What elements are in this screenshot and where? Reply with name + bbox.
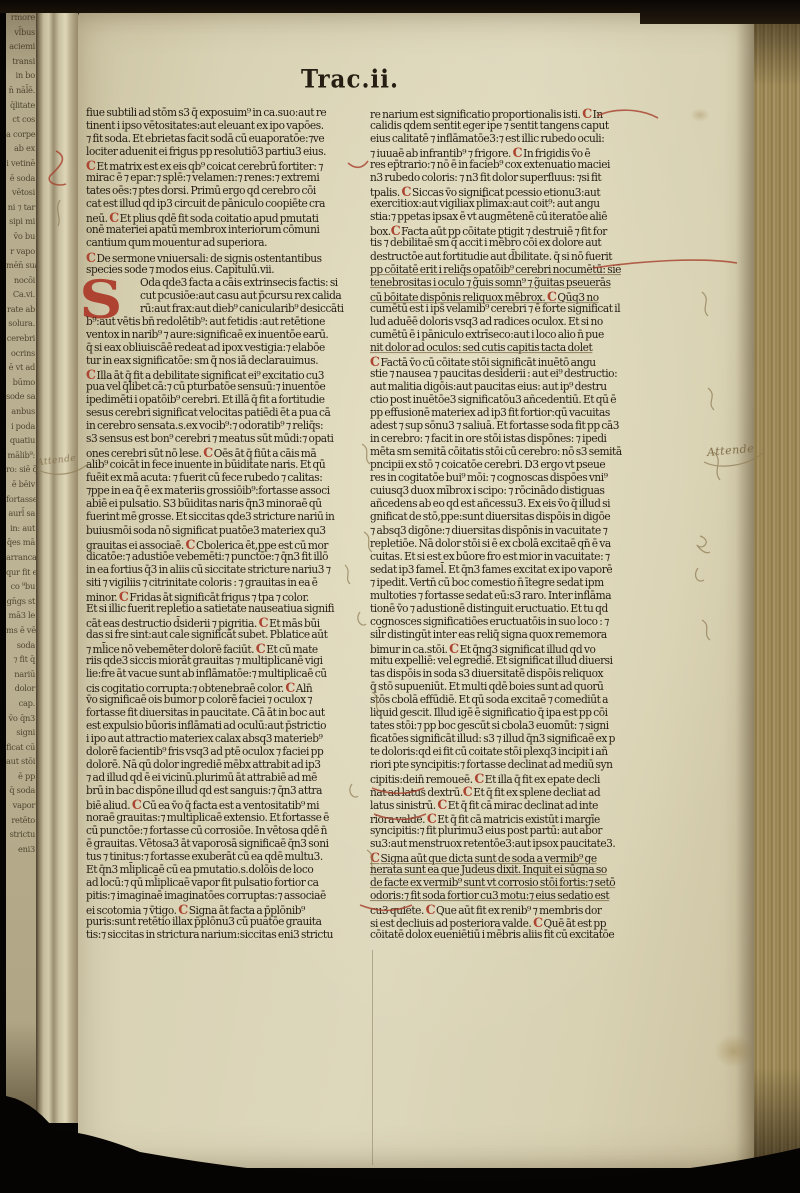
- facing-page-text-fragment: signi: [6, 725, 36, 740]
- facing-page-text-fragment: v̄o bu: [6, 229, 36, 244]
- facing-page-text-fragment: anbus: [6, 404, 36, 419]
- text-line: ei scotomia ⁊ v̄tigo. CSigna āt facta a …: [86, 903, 368, 916]
- facing-page-text-fragment: nocōi: [6, 273, 36, 288]
- text-line: destructōe aut fortitudie aut d̄bilitate…: [370, 250, 692, 263]
- text-line: neū. CEt plius qdē fit soda coitatio apu…: [86, 211, 368, 224]
- gutter-page-edges: [36, 8, 78, 1123]
- text-line: pua vel q̄libet cā:⁊ cū pturbatōe sensuū…: [86, 381, 368, 394]
- facing-page-text-fragment: q̄litate: [6, 98, 36, 113]
- facing-page-text-fragment: transi: [6, 54, 36, 69]
- text-line: mēta sm semitā cōitatis stōi cū cerebro:…: [370, 446, 692, 459]
- facing-page-text-fragment: nariū: [6, 667, 36, 682]
- facing-page-text-fragment: sipi mi: [6, 214, 36, 229]
- paraph-mark: C: [259, 615, 269, 630]
- text-line: cut pcusiōe:aut casu aut p̄cursu rex cal…: [86, 290, 368, 303]
- text-line: q̄ stō supueniūt. Et multi qdē boies sun…: [370, 681, 692, 694]
- paraph-mark: C: [119, 589, 129, 604]
- text-line: grauitas ei associaē. CCbolerica ēt,ppe …: [86, 537, 368, 550]
- facing-page-text-fragment: vl̄bus: [6, 25, 36, 40]
- paraph-mark: C: [427, 810, 437, 825]
- text-line: cis cogitatio corrupta:⁊ obtenebraē colo…: [86, 681, 368, 694]
- text-line: alib⁹ coicāt in fece inuente in būiditat…: [86, 459, 368, 472]
- text-line: adest ⁊ sup sōnu3 ⁊ saliuā. Et fortasse …: [370, 420, 692, 433]
- text-line: pncipii ex stō ⁊ coicatōe cerebri. D3 er…: [370, 459, 692, 472]
- running-title: Trac.ii.: [301, 65, 399, 94]
- text-line: bimur in ca.stōi. CEt q̄nq3 significat i…: [370, 642, 692, 655]
- text-line: fortasse fit diuersitas in paucitate. Cā…: [86, 707, 368, 720]
- facing-page-text-fragment: qur fit ei: [6, 565, 36, 580]
- text-line: gnificat de stō,ppe:sunt diuersitas disp…: [370, 511, 692, 524]
- top-right-shadow: [640, 0, 800, 24]
- text-line: minor. CFridas āt significāt frigus ⁊ tp…: [86, 590, 368, 603]
- facing-page-text-fragment: n̄ nāl̄ē.: [6, 83, 36, 98]
- text-line: fuerint mē grosse. Et siccitas qde3 stri…: [86, 511, 368, 524]
- facing-page-text-fragment: ab ex: [6, 141, 36, 156]
- facing-page-text-fragment: būmo: [6, 375, 36, 390]
- paraph-mark: C: [370, 850, 380, 865]
- facing-page-text-fragment: ni ⁊ tar: [6, 200, 36, 215]
- facing-page-text-fragment: arranca: [6, 550, 36, 565]
- facing-page-text-fragment: co ⁹bu: [6, 579, 36, 594]
- text-line: ⁊ ml̄ice nō vebemēter dolorē faciūt. CEt…: [86, 642, 368, 655]
- text-line: ē grauitas. Vētosa3 āt vaporosā signific…: [86, 837, 368, 850]
- text-line: cū punctōe:⁊ fortasse cū corrosiōe. In v…: [86, 824, 368, 837]
- paraph-mark: C: [178, 902, 188, 917]
- facing-page-text-fragment: ⁊ fit q̄: [6, 652, 36, 667]
- text-line: ⁊ iuuaē ab infrantib⁹ ⁊ frigore. CIn fri…: [370, 146, 692, 159]
- text-line: noraē grauitas:⁊ multiplicaē extensio. E…: [86, 811, 368, 824]
- text-line: CDe sermone vniuersali: de signis ostent…: [86, 250, 368, 263]
- text-line: ⁊ ad illud qd ē ei vicinū.plurimū āt att…: [86, 772, 368, 785]
- facing-page-text-fragment: mēn̄ sua: [6, 258, 36, 273]
- facing-page-text-fragment: mālib⁹:: [6, 448, 36, 463]
- text-line: tionē v̄o ⁊ adustionē distinguit eructua…: [370, 603, 692, 616]
- text-line: n3 rubedo coloris: ⁊ n3 fit dolor superf…: [370, 172, 692, 185]
- facing-page-text-fragment: aciemi: [6, 39, 36, 54]
- text-line: repletiōe. Nā dolor stōi si ē ex cbolā e…: [370, 537, 692, 550]
- text-line: dolorē facientib⁹ fris vsq3 ad ptē oculo…: [86, 746, 368, 759]
- text-line: nat ad latus dextrū.CEt q̄ fit ex splene…: [370, 785, 692, 798]
- page-stain: [690, 108, 710, 122]
- text-line: tis:⁊ siccitas in strictura narium:sicci…: [86, 929, 368, 942]
- text-line: eius calitatē ⁊ inflāmatōe3:⁊ est illic …: [370, 133, 692, 146]
- facing-page-text-fragment: quatiu: [6, 433, 36, 448]
- text-line: riori pte syncipitis:⁊ fortasse declinat…: [370, 759, 692, 772]
- paraph-mark: C: [86, 367, 96, 382]
- text-line: box.CFacta aūt pp cōitate ptigit ⁊ destr…: [370, 224, 692, 237]
- text-line: re narium est significatio proportionali…: [370, 107, 692, 120]
- text-line: cat est illud qd ip3 circuit de pāniculo…: [86, 198, 368, 211]
- text-line: q̄ si eax obliuiscāē redeat ad ipox vest…: [86, 342, 368, 355]
- facing-page-text-fragment: aurl̄ sa: [6, 506, 36, 521]
- text-line: stia:⁊ ppetas ipsax ē vt augmētenē cū it…: [370, 211, 692, 224]
- facing-page-text-fragment: soda: [6, 638, 36, 653]
- text-line: pitis:⁊ imaginaē imaginatōes corruptas:⁊…: [86, 890, 368, 903]
- facing-page-edge: rmorevl̄busaciemitransiin bon̄ nāl̄ē.q̄l…: [6, 10, 36, 1110]
- text-line: syncipitis:⁊ fit plurimu3 eius post part…: [370, 824, 692, 837]
- facing-page-text-fragment: in: aut: [6, 521, 36, 536]
- facing-page-text-fragment: strictu: [6, 827, 36, 842]
- text-line: fuēit ex mā acuta: ⁊ fuerit cū fece rube…: [86, 472, 368, 485]
- text-column-right: re narium est significatio proportionali…: [370, 107, 692, 952]
- text-line: pp effusionē materiex ad ip3 fit fortior…: [370, 407, 692, 420]
- text-line: cu3 quiete. CQue aūt fit ex renib⁹ ⁊ mem…: [370, 903, 692, 916]
- facing-page-text-fragment: q̄ soda: [6, 783, 36, 798]
- text-line: riis qde3 siccis miorāt grauitas ⁊ multi…: [86, 655, 368, 668]
- facing-page-text-fragment: sode sa: [6, 389, 36, 404]
- facing-page-text-fragment: vapor: [6, 798, 36, 813]
- text-line: in ea fortius q̄3 in aliis cū siccitate …: [86, 564, 368, 577]
- facing-page-text-fragment: in bo: [6, 68, 36, 83]
- fore-edge: [754, 18, 800, 1158]
- text-line: i ipo aut attractio materiex calax absq3…: [86, 733, 368, 746]
- book-photograph: { "running_title": "Trac.ii.", "drop_cap…: [0, 0, 800, 1193]
- paraph-mark: C: [437, 797, 447, 812]
- text-line: ad locū:⁊ qū ml̄iplicaē vapor fit pulsat…: [86, 877, 368, 890]
- text-line: calidis qdem sentit eger ipe ⁊ sentit ta…: [370, 120, 692, 133]
- page-crease: [372, 950, 373, 1165]
- text-line: pp cōitatē erit i reliq̄s opatōib⁹ cereb…: [370, 263, 692, 276]
- text-line: cōitatē dolox eueniētiū i mēbris aliis f…: [370, 929, 692, 942]
- text-line: liquid gescit. Illud igē ē significatio …: [370, 707, 692, 720]
- text-line: cuiusq3 duox mībrox i scipo: ⁊ rōcinādo …: [370, 485, 692, 498]
- facing-page-text-fragment: Ca.vi.: [6, 287, 36, 302]
- text-line: in cerebro sensata.s.ex vocib⁹:⁊ odorati…: [86, 420, 368, 433]
- text-line: sesus cerebri significat velocitas patiē…: [86, 407, 368, 420]
- facing-page-text-fragment: cap.: [6, 696, 36, 711]
- text-line: latus sinistrū. CEt q̄ fit cā mirac decl…: [370, 798, 692, 811]
- text-line: ones cerebri sūt nō lese. COēs āt q̄ fiū…: [86, 446, 368, 459]
- text-line: lociter aduenit ei frigus pp resolutiō3 …: [86, 146, 368, 159]
- text-line: si est decliuis ad posteriora valde. CQu…: [370, 916, 692, 929]
- text-line: in cerebro: ⁊ facit in ore stōi istas di…: [370, 433, 692, 446]
- text-line: nerata sunt ea que Judeus dixit. Inquit …: [370, 864, 692, 877]
- paraph-mark: C: [86, 249, 96, 264]
- text-line: tur in eax significatōe: sm q̄ nos iā de…: [86, 355, 368, 368]
- text-line: stōs cbolā effūdiē. Et qū soda excitaē ⁊…: [370, 694, 692, 707]
- text-line: tates oēs:⁊ ptes dorsi. Primū ergo qd ce…: [86, 185, 368, 198]
- text-line: s3 sensus est bon⁹ cerebri ⁊ meatus sūt …: [86, 433, 368, 446]
- facing-page-text-fragment: i poda: [6, 419, 36, 434]
- text-line: CEt matrix est ex eis qb⁹ coicat cerebrū…: [86, 159, 368, 172]
- text-line: tis ⁊ debilitaē sm q̄ accit i mēbro cōi …: [370, 237, 692, 250]
- facing-page-text-fragment: dolor: [6, 681, 36, 696]
- text-line: tas dispōis in soda s3 diuersitatē dispō…: [370, 668, 692, 681]
- page-stain: [714, 1034, 754, 1068]
- text-line: ⁊ppe in ea q̄ ē ex materiis grossiōib⁹:f…: [86, 485, 368, 498]
- facing-page-text-fragment: ro: siē q̄: [6, 462, 36, 477]
- text-line: lie:fre āt vacue sunt ab inflāmatōe:⁊ mu…: [86, 668, 368, 681]
- text-line: aut malitia digōis:aut paucitas eius: au…: [370, 381, 692, 394]
- text-line: ventox in narib⁹ ⁊ aure:significaē ex in…: [86, 329, 368, 342]
- text-line: cumētū ē i pāniculo extrīseco:aut i loco…: [370, 329, 692, 342]
- text-line: tus ⁊ tinitus:⁊ fortasse exuberāt cū ea …: [86, 851, 368, 864]
- text-line: nit dolor ad oculos: sed cutis capitis t…: [370, 342, 692, 355]
- text-line: res ep̄trario:⁊ nō ē in facieb⁹ cox exte…: [370, 159, 692, 172]
- text-line: Et q̄n3 ml̄iplicaē cū ea pmutatio.s.dolō…: [86, 864, 368, 877]
- text-line: b⁹:aut vētis bn̄ redolētib⁹: aut fetidis…: [86, 316, 368, 329]
- text-line: species sode ⁊ modos eius. Capitulū.vii.: [86, 263, 368, 276]
- text-line: ⁊ absq3 digōne:⁊ diuersitas dispōnis in …: [370, 524, 692, 537]
- text-line: CFactā v̄o cū cōitate stōi significāt in…: [370, 355, 692, 368]
- text-line: ficatōes significāt illud: s3 ⁊ illud q̄…: [370, 733, 692, 746]
- text-line: CIlla āt q̄ fit a debilitate significat …: [86, 368, 368, 381]
- text-line: sedat ip3 famel̄. Et q̄n3 fames excitat …: [370, 564, 692, 577]
- text-line: tenebrositas i oculo ⁊ g̃uis somn⁹ ⁊ g̃u…: [370, 276, 692, 289]
- text-line: añcedens ab eo qd est añcessu3. Ex eis v…: [370, 498, 692, 511]
- text-line: mitu expelliē: vel egrediē. Et significa…: [370, 655, 692, 668]
- facing-page-text-fragment: vētosi: [6, 185, 36, 200]
- text-line: CSigna aūt que dicta sunt de soda a verm…: [370, 851, 692, 864]
- paraph-mark: C: [185, 536, 195, 551]
- text-line: odoris:⁊ fit soda fortior cu3 motu:⁊ eiu…: [370, 890, 692, 903]
- facing-page-text-fragment: gn̄gs st: [6, 594, 36, 609]
- facing-page-text-fragment: ē pp: [6, 769, 36, 784]
- text-line: fiue subtili ad stōm s3 q̄ exposuim⁹ in …: [86, 107, 368, 120]
- facing-page-text-fragment: ocrins: [6, 346, 36, 361]
- facing-page-text-fragment: fortasse: [6, 492, 36, 507]
- facing-page-text-fragment: ms ē vē: [6, 623, 36, 638]
- text-line: sil̄r distingūt inter eas reliq̄ signa q…: [370, 629, 692, 642]
- facing-page-text-fragment: retēto: [6, 813, 36, 828]
- text-line: tpalis. CSiccas v̄o significat pcessio e…: [370, 185, 692, 198]
- text-line: te doloris:qd ei fit cū coitate stōi ple…: [370, 746, 692, 759]
- text-line: cipitis:dein̄ remoueē. CEt illa q̄ fit e…: [370, 772, 692, 785]
- facing-page-text-fragment: v̄o q̄n3: [6, 711, 36, 726]
- text-line: Oda qde3 facta a cāis extrinsecis factis…: [86, 276, 368, 289]
- text-line: onē materiei apatū membrox interiorum cō…: [86, 224, 368, 237]
- facing-page-text-fragment: i vetinē: [6, 156, 36, 171]
- text-line: est expulsio būoris inflāmati ad oculū:a…: [86, 720, 368, 733]
- text-line: de facte ex vermib⁹ sunt vt corrosio stō…: [370, 877, 692, 890]
- text-line: das si fre sint:aut cale significāt sube…: [86, 629, 368, 642]
- facing-page-text-fragment: mā3 le: [6, 608, 36, 623]
- paraph-mark: C: [533, 915, 543, 930]
- text-line: lud aduēē doloris vsq3 ad radices oculox…: [370, 316, 692, 329]
- text-line: ⁊ ipedit. Vertn̄ cū boc comestio n̄ īteg…: [370, 577, 692, 590]
- text-line: puris:sunt retētio illax p̄plōnu3 cū pua…: [86, 916, 368, 929]
- text-line: rū:aut frax:aut dieb⁹ canicularib⁹ desic…: [86, 303, 368, 316]
- facing-page-text-fragment: q̄es mā: [6, 535, 36, 550]
- text-line: tates stōi:⁊ pp boc gescūt si cbola3 euo…: [370, 720, 692, 733]
- text-line: cuitas. Et si est ex būore fro est mior …: [370, 550, 692, 563]
- paraph-mark: C: [256, 641, 266, 656]
- facing-page-text-fragment: r vapo: [6, 244, 36, 259]
- text-column-left: fiue subtili ad stōm s3 q̄ exposuim⁹ in …: [86, 107, 368, 952]
- facing-page-text-fragment: ficat cū: [6, 740, 36, 755]
- paraph-mark: C: [426, 902, 436, 917]
- paraph-mark: C: [547, 289, 557, 304]
- text-line: cognosces significatiōes eructuatōis in …: [370, 616, 692, 629]
- facing-page-text-fragment: rate ab: [6, 302, 36, 317]
- text-line: ctio post inuētōe3 significatōu3 añceden…: [370, 394, 692, 407]
- text-line: v̄o significaē ois bumor p colorē faciei…: [86, 694, 368, 707]
- text-line: res in cogitatōe bui⁹ mōi: ⁊ cognoscas d…: [370, 472, 692, 485]
- text-line: stie ⁊ nausea ⁊ paucitas desiderii : aut…: [370, 368, 692, 381]
- text-line: mirac ē ⁊ epar:⁊ splē:⁊ velamen:⁊ renes:…: [86, 172, 368, 185]
- text-line: riora valde. CEt q̄ fit cā matricis exis…: [370, 811, 692, 824]
- text-line: cāt eas destructio d̄siderii ⁊ pigritia.…: [86, 616, 368, 629]
- facing-page-text-fragment: ē vt ad: [6, 360, 36, 375]
- text-line: biē aliud. CCū ea v̄o q̄ facta est a ven…: [86, 798, 368, 811]
- text-line: dicatōe:⁊ adustiōe vebemēti:⁊ punctōe:⁊ …: [86, 550, 368, 563]
- paraph-mark: C: [132, 797, 142, 812]
- text-line: brū in bac dispōne illud qd est sanguis:…: [86, 785, 368, 798]
- text-line: cantium qum mouentur ad superiora.: [86, 237, 368, 250]
- paraph-mark: C: [449, 641, 459, 656]
- text-line: Et si illic fuerit repletio a satietate …: [86, 603, 368, 616]
- facing-page-text-fragment: ē soda: [6, 171, 36, 186]
- text-line: dolorē. Nā qū dolor ingrediē mēbx attrab…: [86, 759, 368, 772]
- facing-page-text-fragment: eni3: [6, 842, 36, 857]
- text-line: abiē ei pulsatio. S3 būiditas naris q̄n3…: [86, 498, 368, 511]
- facing-page-text-fragment: solura.: [6, 316, 36, 331]
- facing-page-text-fragment: ct cos: [6, 112, 36, 127]
- text-line: buiusmōi soda nō significat puatōe3 mate…: [86, 524, 368, 537]
- facing-page-text-fragment: cerebri: [6, 331, 36, 346]
- facing-page-text-fragment: aut stōi: [6, 754, 36, 769]
- paraph-mark: C: [370, 354, 380, 369]
- text-line: ⁊ fit soda. Et ebrietas facit sodā cū eu…: [86, 133, 368, 146]
- text-line: multoties ⁊ fortasse sedat eū:s3 raro. I…: [370, 590, 692, 603]
- text-line: cū bōitate dispōnis reliquox mēbrox. CQū…: [370, 290, 692, 303]
- text-line: cumētū est i ips̄ velamib⁹ cerebri ⁊ ē f…: [370, 303, 692, 316]
- text-line: ipedimēti i opatōib⁹ cerebri. Et illā q̄…: [86, 394, 368, 407]
- text-line: su3:aut menstruox retentōe3:aut ipsox pa…: [370, 837, 692, 850]
- facing-page-text-fragment: a corpe: [6, 127, 36, 142]
- text-line: tinent i ipso vētositates:aut eleuant ex…: [86, 120, 368, 133]
- facing-page-text-fragment: ē bēiv: [6, 477, 36, 492]
- text-line: exercitiox:aut vigiliax pl̄imax:aut coit…: [370, 198, 692, 211]
